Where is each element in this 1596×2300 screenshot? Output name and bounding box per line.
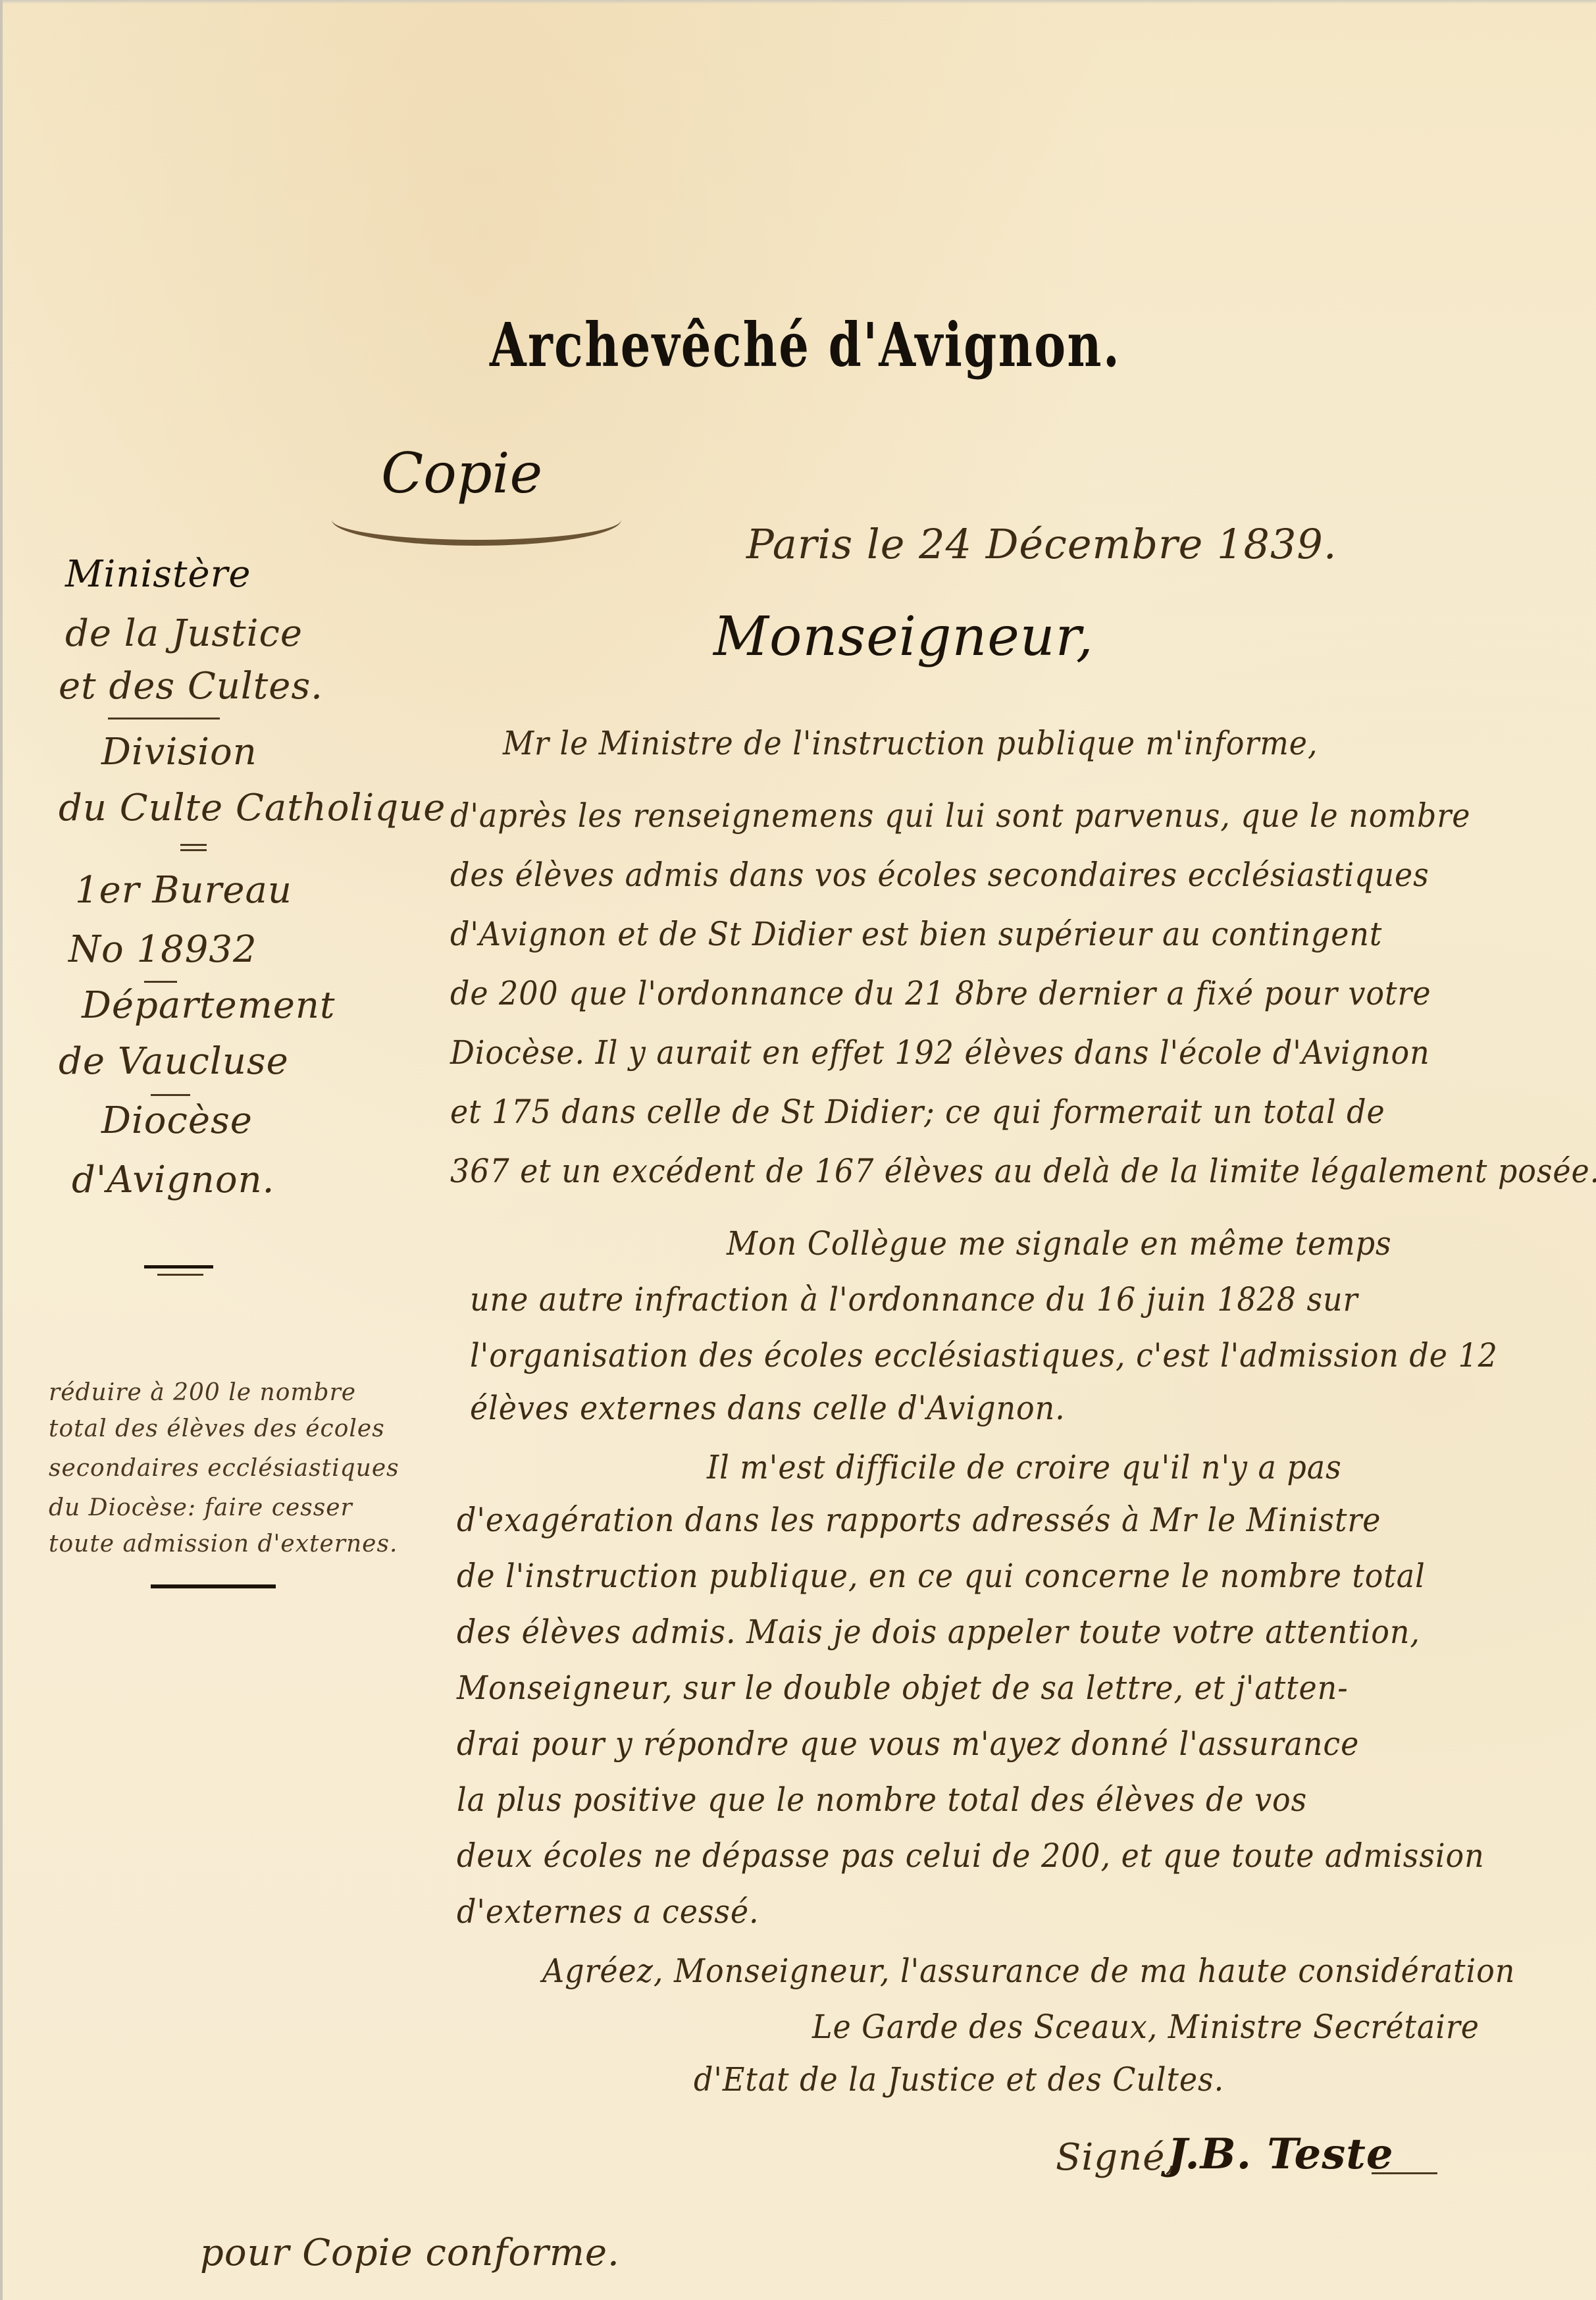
divider bbox=[144, 981, 177, 983]
signatory-line: d'Etat de la Justice et des Cultes. bbox=[694, 2060, 1224, 2099]
letter-line: la plus positive que le nombre total des… bbox=[457, 1781, 1307, 1819]
sidebar-line: et des Cultes. bbox=[59, 665, 323, 708]
letter-page: Archevêché d'Avignon. Copie Ministère de… bbox=[0, 0, 1596, 2300]
letter-line: élèves externes dans celle d'Avignon. bbox=[470, 1389, 1066, 1427]
sidebar-line: No 18932 bbox=[68, 928, 257, 971]
signature-flourish bbox=[1372, 2172, 1437, 2174]
certification-line: pour Copie conforme. bbox=[200, 2232, 620, 2274]
sidebar-line: de la Justice bbox=[65, 612, 303, 655]
letter-line: Mon Collègue me signale en même temps bbox=[727, 1224, 1392, 1263]
page-edge bbox=[3, 0, 1596, 4]
sidebar-line: 1er Bureau bbox=[75, 869, 292, 912]
letter-line: Il m'est difficile de croire qu'il n'y a… bbox=[707, 1448, 1342, 1486]
letter-line: une autre infraction à l'ordonnance du 1… bbox=[470, 1280, 1358, 1319]
letter-line: des élèves admis. Mais je dois appeler t… bbox=[457, 1613, 1420, 1651]
divider bbox=[151, 1094, 190, 1096]
letter-line: l'organisation des écoles ecclésiastique… bbox=[470, 1336, 1498, 1374]
margin-note-line: du Diocèse: faire cesser bbox=[49, 1494, 353, 1521]
margin-note-line: total des élèves des écoles bbox=[49, 1415, 385, 1442]
letter-line: Diocèse. Il y aurait en effet 192 élèves… bbox=[450, 1033, 1430, 1072]
letter-line: d'externes a cessé. bbox=[457, 1893, 759, 1931]
letter-line: 367 et un excédent de 167 élèves au delà… bbox=[450, 1152, 1596, 1190]
signatory-line: Le Garde des Sceaux, Ministre Secrétaire bbox=[812, 2008, 1480, 2046]
sidebar-line: Diocèse bbox=[101, 1099, 253, 1142]
sidebar-line: du Culte Catholique bbox=[59, 787, 446, 829]
letter-line: d'Avignon et de St Didier est bien supér… bbox=[450, 915, 1382, 953]
letter-line: de l'instruction publique, en ce qui con… bbox=[457, 1557, 1426, 1595]
letter-line: Monseigneur, sur le double objet de sa l… bbox=[457, 1669, 1349, 1707]
letter-line: de 200 que l'ordonnance du 21 8bre derni… bbox=[450, 974, 1431, 1012]
sidebar-line: d'Avignon. bbox=[72, 1159, 274, 1201]
divider bbox=[108, 718, 220, 719]
letter-line: des élèves admis dans vos écoles seconda… bbox=[450, 856, 1429, 894]
salutation: Monseigneur, bbox=[713, 606, 1094, 668]
closing-line: Agréez, Monseigneur, l'assurance de ma h… bbox=[542, 1952, 1515, 1990]
margin-note-line: toute admission d'externes. bbox=[49, 1530, 398, 1557]
sidebar-line: de Vaucluse bbox=[59, 1040, 289, 1083]
date-line: Paris le 24 Décembre 1839. bbox=[746, 520, 1337, 568]
sidebar-line: Département bbox=[82, 984, 336, 1027]
letter-line: Mr le Ministre de l'instruction publique… bbox=[503, 724, 1318, 762]
letter-line: drai pour y répondre que vous m'ayez don… bbox=[457, 1725, 1359, 1763]
signed-label: Signé, bbox=[1056, 2136, 1177, 2179]
letter-line: deux écoles ne dépasse pas celui de 200,… bbox=[457, 1837, 1485, 1875]
letter-line: d'exagération dans les rapports adressés… bbox=[457, 1501, 1381, 1539]
divider bbox=[180, 844, 207, 846]
divider bbox=[144, 1265, 213, 1268]
divider bbox=[157, 1274, 203, 1276]
sidebar-line: Division bbox=[101, 731, 257, 773]
copy-mark-swash bbox=[332, 494, 621, 546]
divider bbox=[180, 849, 207, 851]
margin-note-line: secondaires ecclésiastiques bbox=[49, 1455, 399, 1482]
divider bbox=[151, 1584, 276, 1588]
sidebar-line: Ministère bbox=[65, 553, 251, 596]
letterhead-title: Archevêché d'Avignon. bbox=[490, 309, 1121, 380]
letter-line: et 175 dans celle de St Didier; ce qui f… bbox=[450, 1093, 1385, 1131]
letter-line: d'après les renseignemens qui lui sont p… bbox=[450, 797, 1470, 835]
signer-name: J.B. Teste bbox=[1168, 2130, 1394, 2179]
margin-note-line: réduire à 200 le nombre bbox=[49, 1379, 356, 1406]
